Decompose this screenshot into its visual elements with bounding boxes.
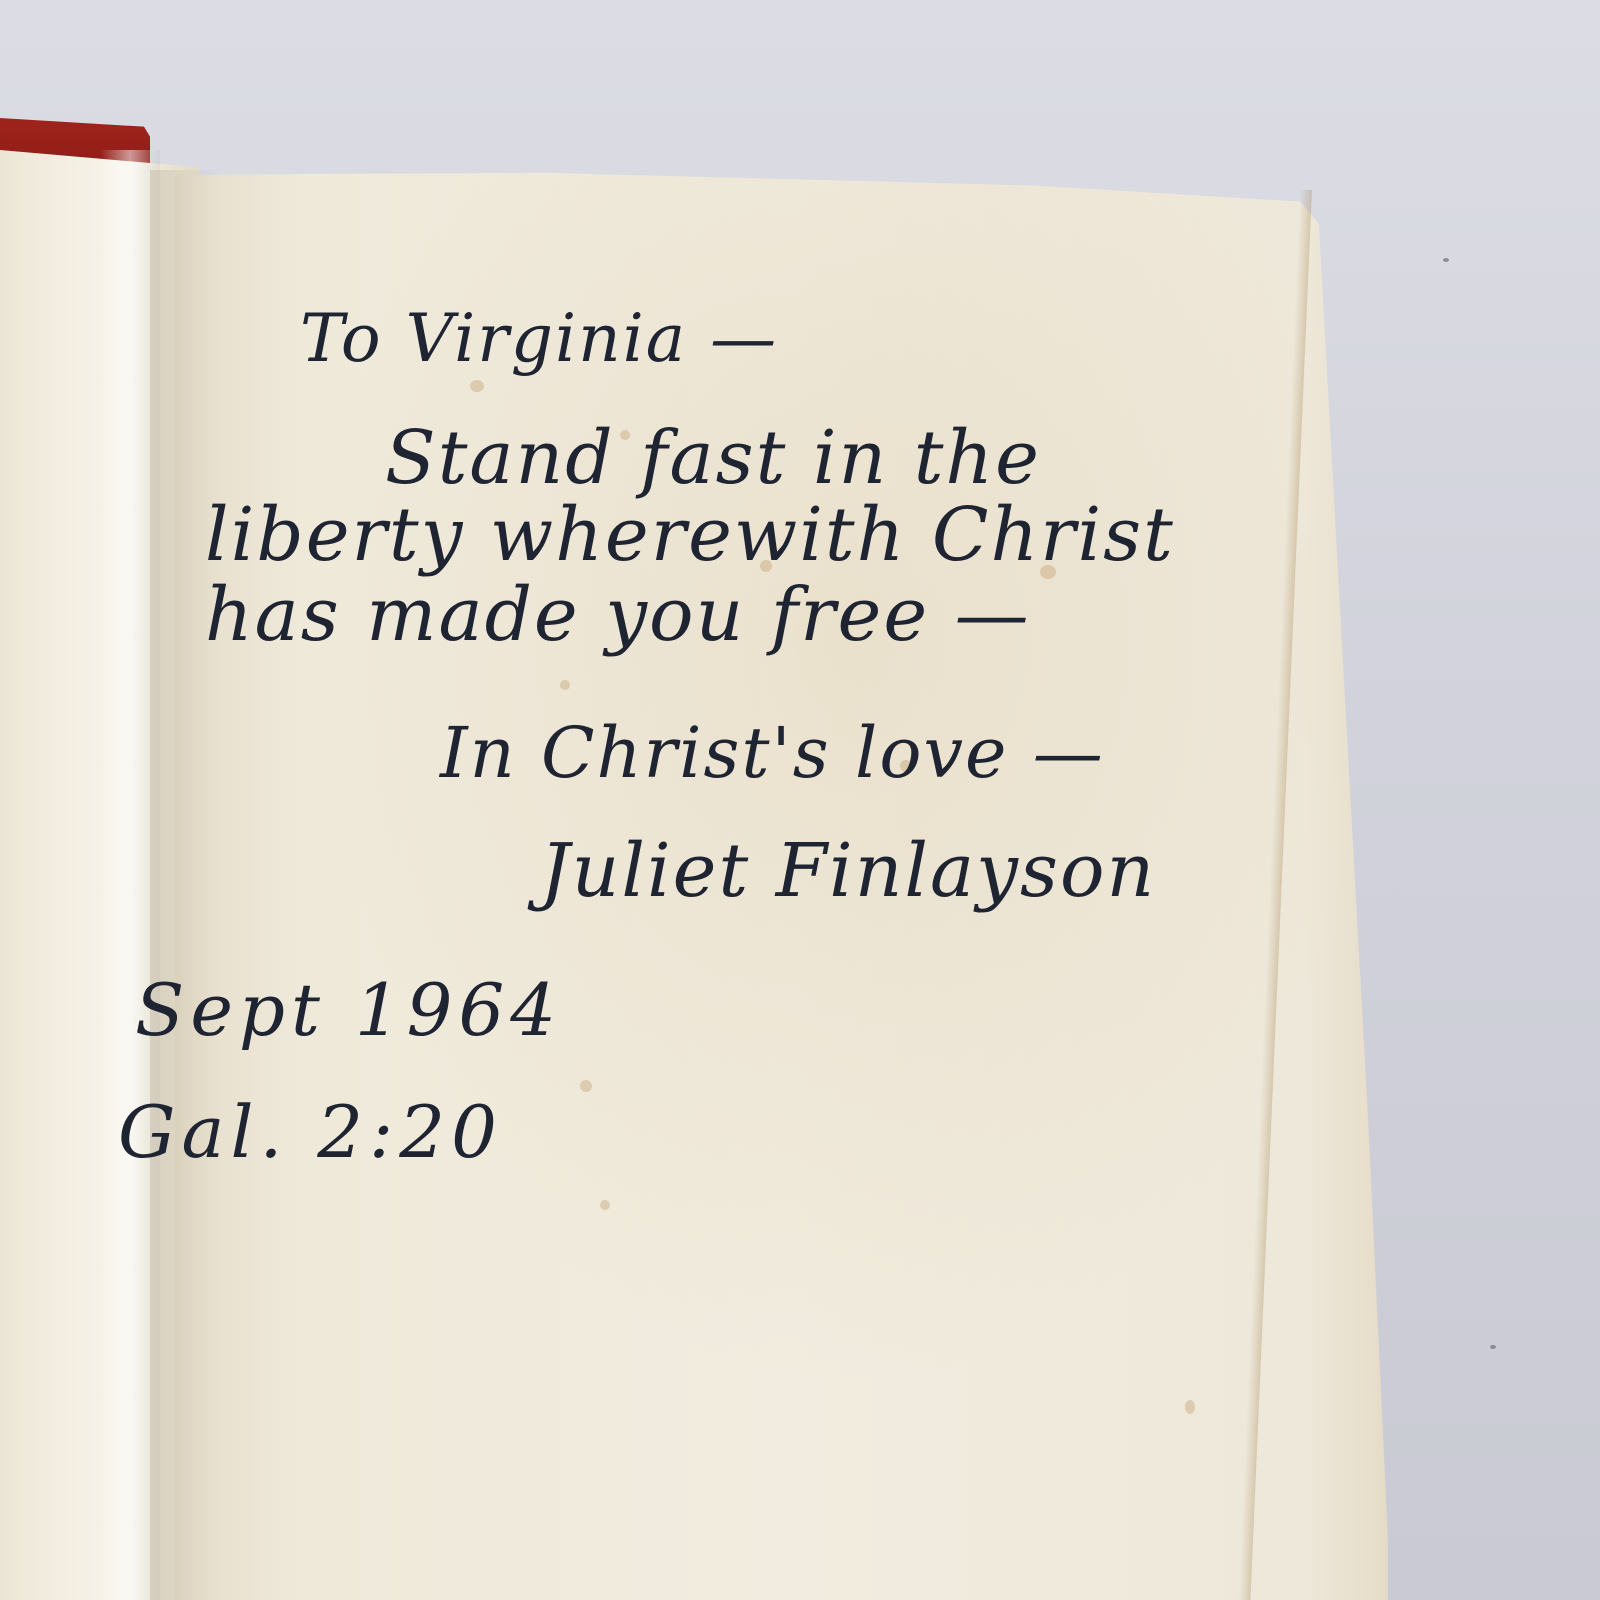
foxing-spot — [470, 380, 484, 392]
foxing-spot — [1185, 1400, 1195, 1414]
inscription-line-2: liberty wherewith Christ — [205, 492, 1175, 578]
inscribed-page — [175, 0, 1405, 1600]
scripture-reference: Gal. 2:20 — [118, 1090, 503, 1174]
inscription-signature: Juliet Finlayson — [540, 828, 1156, 914]
foxing-spot — [580, 1080, 592, 1092]
inscription-closing: In Christ's love — — [440, 712, 1105, 794]
photo-scene: To Virginia — Stand fast in the liberty … — [0, 0, 1600, 1600]
inscription-line-3: has made you free — — [205, 572, 1031, 658]
inscription-date: Sept 1964 — [135, 968, 562, 1052]
foxing-spot — [600, 1200, 610, 1210]
inscription-line-1: Stand fast in the — [385, 415, 1041, 501]
gutter-shadow — [150, 170, 220, 1600]
dust-speck — [1490, 1345, 1496, 1349]
foxing-spot — [560, 680, 570, 690]
dust-speck — [1443, 258, 1449, 262]
inscription-salutation: To Virginia — — [300, 300, 778, 377]
